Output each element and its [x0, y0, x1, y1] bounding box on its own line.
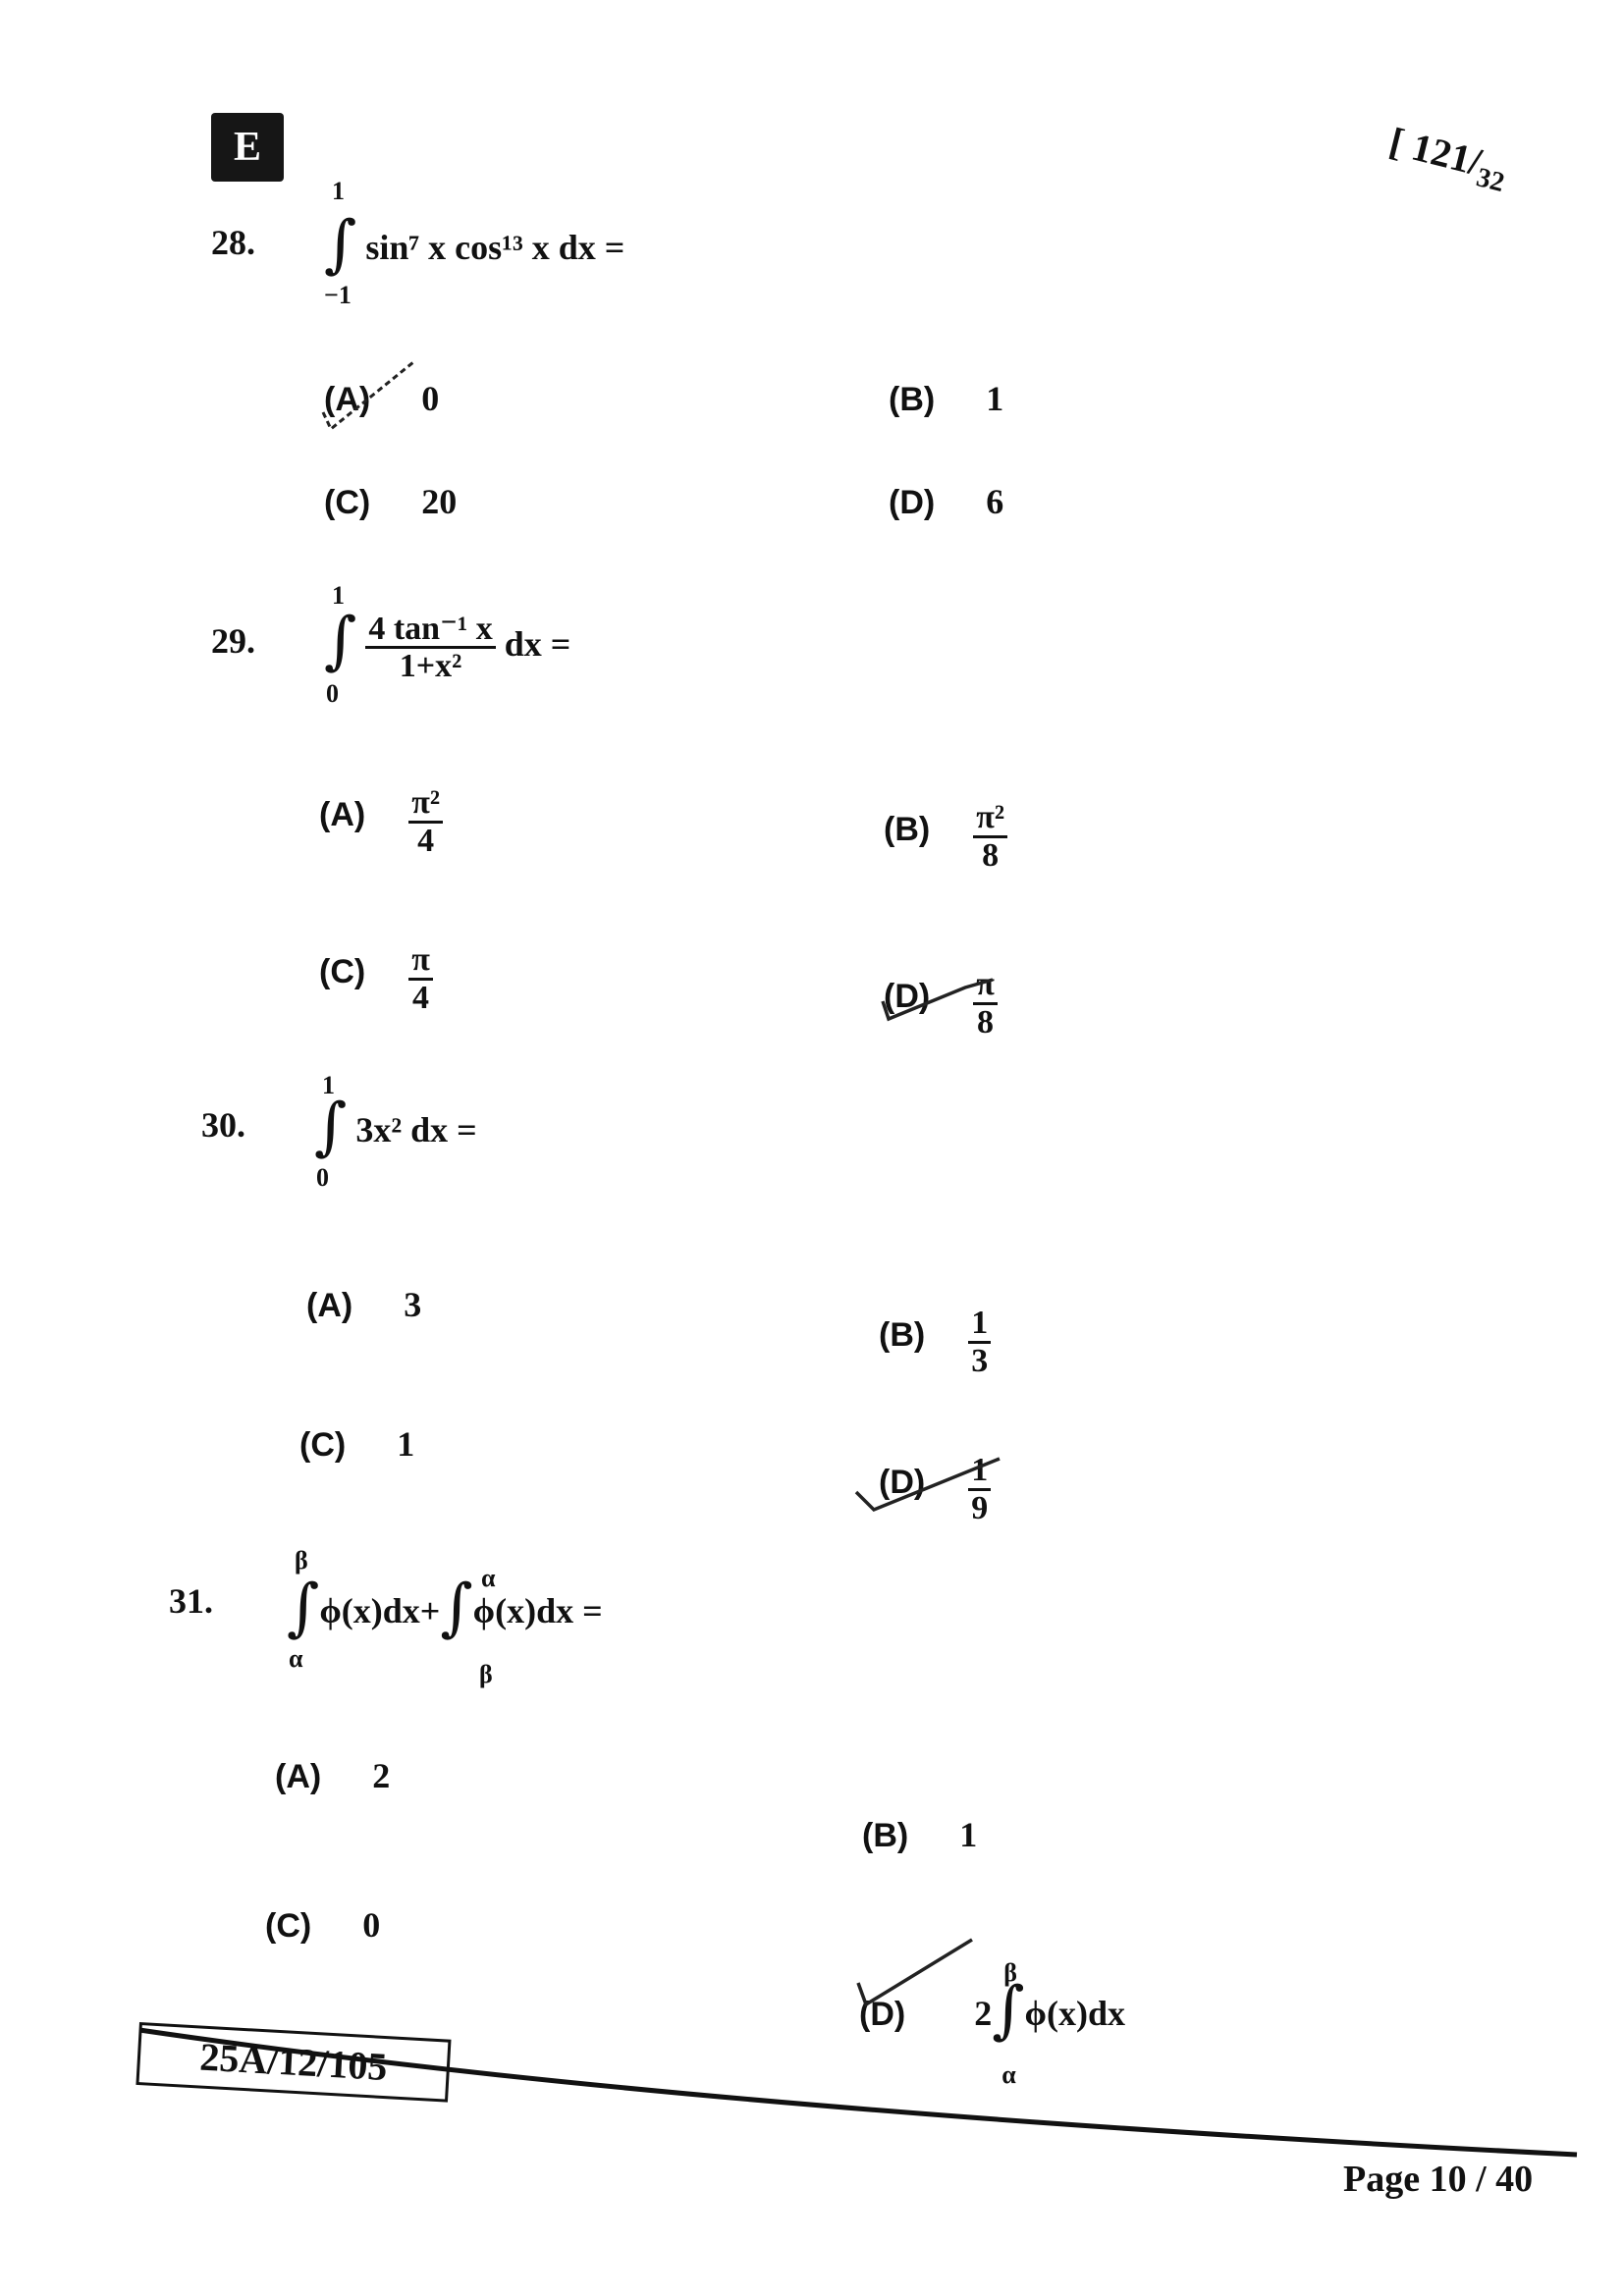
footer-rule: [0, 0, 1624, 2296]
page-number: Page 10 / 40: [1343, 2158, 1533, 2201]
